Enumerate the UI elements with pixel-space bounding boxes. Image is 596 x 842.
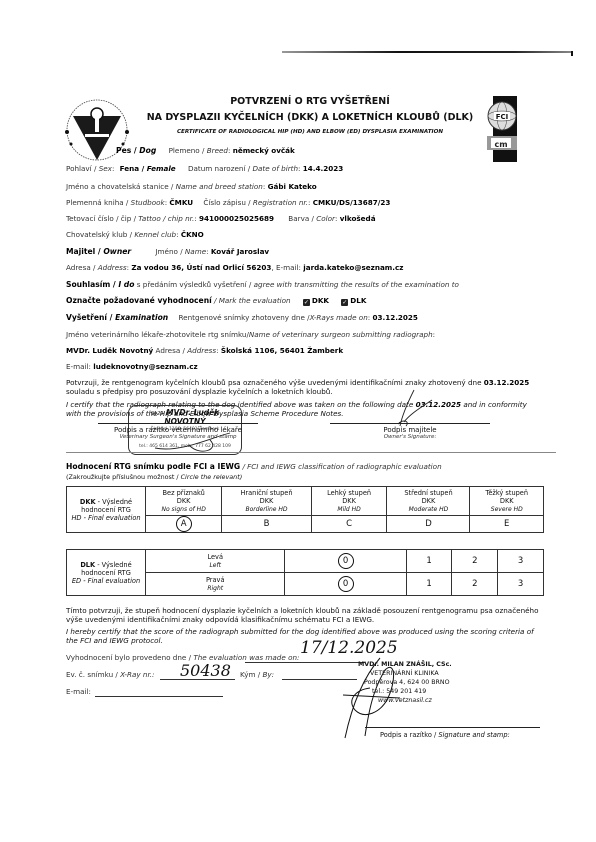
- dog-name-value: Gábi Kateko: [268, 182, 317, 191]
- dlk-row-label: DLK - Výsledné hodnocení RTGED - Final e…: [67, 550, 146, 596]
- owner-address-value: Za vodou 36, Ústí nad Orlicí 56203: [131, 263, 271, 272]
- name-label-en: Name and breed station: [176, 182, 263, 191]
- owner-email-value: jarda.kateko@seznam.cz: [303, 263, 403, 272]
- club-label-en: Kennel club: [134, 230, 176, 239]
- studbook-label-en: Studbook: [131, 198, 165, 207]
- dog-label: Pes /: [116, 146, 139, 155]
- dkk-col-header: Bez příznakůDKKNo signs of HD: [146, 487, 222, 516]
- owner-name-value: Kovář Jaroslav: [211, 247, 269, 256]
- dkk-col-header: Hraniční stupeňDKKBorderline HD: [222, 487, 311, 516]
- club-row: Chovatelský klub / Kennel club: ČKNO: [66, 230, 204, 239]
- consent-text: s předáním výsledků vyšetření /: [134, 280, 253, 289]
- sex-value: Fena /: [120, 164, 147, 173]
- owner-row: Majitel / Owner Jméno / Name: Kovář Jaro…: [66, 247, 269, 256]
- xray-nr-row: Ev. č. snímku / X-Ray nr.:: [66, 670, 154, 679]
- vet-name-value: MVDr. Luděk Novotný: [66, 346, 153, 355]
- dkk-row-label: DKK - Výsledné hodnocení RTGHD - Final e…: [67, 487, 146, 533]
- by-row: Kým / By:: [240, 670, 274, 679]
- dlk-checkbox-label: DLK: [350, 296, 366, 305]
- dlk-grade-option[interactable]: 1: [406, 550, 452, 573]
- title-line-3: CERTIFICATE OF RADIOLOGICAL HIP (HD) AND…: [110, 129, 510, 135]
- dlk-grade-option[interactable]: 2: [452, 573, 498, 596]
- chip-value: 941000025025689: [199, 214, 274, 223]
- owner-signature-caption: Podpis majitele Owner's Signature:: [330, 426, 490, 440]
- dkk-grade-option[interactable]: D: [387, 516, 470, 533]
- chip-label: Tetovací číslo / čip /: [66, 214, 138, 223]
- chip-color-row: Tetovací číslo / čip / Tattoo / chip nr.…: [66, 214, 376, 223]
- dkk-grade-option[interactable]: B: [222, 516, 311, 533]
- consent-row: Souhlasím / I do s předáním výsledků vyš…: [66, 280, 459, 289]
- vet-row: MVDr. Luděk Novotný Adresa / Address: Šk…: [66, 346, 343, 355]
- vet-label-row: Jméno veterinárního lékaře-zhotovitele r…: [66, 330, 435, 339]
- owner-address-label-en: Address: [98, 263, 127, 272]
- examination-label-en: Examination: [115, 313, 168, 322]
- vet-address-value: Školská 1106, 56401 Žamberk: [221, 346, 343, 355]
- dkk-checkbox[interactable]: ✓: [303, 299, 310, 306]
- xray-nr-handwritten: 50438: [180, 661, 231, 680]
- vet-label-en: Name of veterinary surgeon submitting ra…: [249, 330, 433, 339]
- mark-evaluation-label-en: / Mark the evaluation: [212, 296, 291, 305]
- title-line-1: POTVRZENÍ O RTG VYŠETŘENÍ: [160, 96, 460, 107]
- club-label: Chovatelský klub /: [66, 230, 134, 239]
- dlk-table: DLK - Výsledné hodnocení RTGED - Final e…: [66, 549, 544, 596]
- evaluation-subheading: (Zakroužkujte příslušnou možnost / Circl…: [66, 473, 242, 481]
- consent-text-en: agree with transmitting the results of t…: [254, 280, 459, 289]
- title-line-2: NA DYSPLAZII KYČELNÍCH (DKK) A LOKETNÍCH…: [120, 112, 500, 123]
- dkk-grade-option[interactable]: C: [311, 516, 387, 533]
- vet-email-value: ludeknovotny@seznam.cz: [93, 362, 197, 371]
- cert-cz-date: 03.12.2025: [484, 378, 529, 387]
- color-label: Barva /: [288, 214, 316, 223]
- dog-label-en: Dog: [139, 146, 156, 155]
- dkk-checkbox-label: DKK: [312, 296, 329, 305]
- dog-breed-row: Pes / Dog Plemeno / Breed: německý ovčák: [116, 146, 295, 155]
- dkk-col-header: Těžký stupeňDKKSevere HD: [470, 487, 544, 516]
- evaluator-signature-line: [365, 727, 540, 728]
- dlk-grade-option[interactable]: 1: [406, 573, 452, 596]
- dlk-checkbox[interactable]: ✓: [341, 299, 348, 306]
- mark-evaluation-row: Označte požadované vyhodnocení / Mark th…: [66, 296, 366, 306]
- dob-label-en: Date of birth: [252, 164, 298, 173]
- owner-address-label: Adresa /: [66, 263, 98, 272]
- vet-email-row: E-mail: ludeknovotny@seznam.cz: [66, 362, 198, 371]
- dlk-grade-option[interactable]: 3: [498, 550, 544, 573]
- xray-date-value: 03.12.2025: [372, 313, 417, 322]
- registration-value: CMKU/DS/13687/23: [313, 198, 391, 207]
- vet-address-label: Adresa /: [153, 346, 187, 355]
- dlk-grade-option[interactable]: 0: [285, 573, 406, 596]
- owner-label: Majitel /: [66, 247, 103, 256]
- sex-dob-row: Pohlaví / Sex: Fena / Female Datum naroz…: [66, 164, 343, 173]
- breed-label-en: Breed: [207, 146, 228, 155]
- examination-row: Vyšetření / Examination Rentgenové snímk…: [66, 313, 418, 322]
- registration-label: Číslo zápisu /: [203, 198, 252, 207]
- studbook-row: Plemenná kniha / Studbook: ČMKU Číslo zá…: [66, 198, 390, 207]
- sex-value-en: Female: [147, 164, 176, 173]
- color-value: vlkošedá: [340, 214, 376, 223]
- dlk-side-label: PraváRight: [146, 573, 285, 596]
- dkk-col-header: Lehký stupeňDKKMild HD: [311, 487, 387, 516]
- owner-signature-scribble: [370, 388, 450, 428]
- color-label-en: Color: [316, 214, 335, 223]
- owner-address-row: Adresa / Address: Za vodou 36, Ústí nad …: [66, 263, 403, 272]
- name-label: Jméno a chovatelská stanice /: [66, 182, 176, 191]
- dkk-table: DKK - Výsledné hodnocení RTGHD - Final e…: [66, 486, 544, 533]
- breed-value: německý ovčák: [233, 146, 295, 155]
- xray-date-label-en: X-Rays made on: [310, 313, 368, 322]
- dkk-grade-option[interactable]: A: [146, 516, 222, 533]
- dkk-grade-option[interactable]: E: [470, 516, 544, 533]
- sex-label: Pohlaví /: [66, 164, 99, 173]
- svg-text:cm: cm: [494, 140, 507, 149]
- mark-evaluation-label: Označte požadované vyhodnocení: [66, 296, 212, 305]
- final-cz: Tímto potvrzuji, že stupeň hodnocení dys…: [66, 606, 546, 624]
- chip-label-en: Tattoo / chip nr.: [138, 214, 194, 223]
- final-email-field-line: [95, 696, 223, 697]
- owner-name-label: Jméno /: [155, 247, 185, 256]
- registration-label-en: Registration nr.: [253, 198, 308, 207]
- top-border-line: [282, 51, 572, 53]
- dlk-grade-option[interactable]: 0: [285, 550, 406, 573]
- xray-date-label: Rentgenové snímky zhotoveny dne /: [179, 313, 310, 322]
- section-divider: [66, 452, 556, 453]
- sex-label-en: Sex: [99, 164, 112, 173]
- vet-label: Jméno veterinárního lékaře-zhotovitele r…: [66, 330, 249, 339]
- vet-email-label: E-mail:: [66, 362, 93, 371]
- consent-label: Souhlasím /: [66, 280, 118, 289]
- owner-email-label: E-mail:: [276, 263, 303, 272]
- consent-label-en: I do: [118, 280, 134, 289]
- dlk-side-label: LeváLeft: [146, 550, 285, 573]
- evaluator-signature-caption: Podpis a razítko / Signature and stamp:: [380, 731, 510, 739]
- name-row: Jméno a chovatelská stanice / Name and b…: [66, 182, 317, 191]
- examination-label: Vyšetření /: [66, 313, 115, 322]
- breed-label: Plemeno /: [169, 146, 207, 155]
- studbook-value: ČMKU: [169, 198, 193, 207]
- certification-cz: Potvrzuji, že rentgenogram kyčelních klo…: [66, 378, 536, 396]
- dlk-grade-option[interactable]: 2: [452, 550, 498, 573]
- dob-value: 14.4.2023: [303, 164, 343, 173]
- vet-address-label-en: Address: [187, 346, 216, 355]
- dob-label: Datum narození /: [188, 164, 253, 173]
- owner-label-en: Owner: [103, 247, 131, 256]
- owner-name-label-en: Name: [185, 247, 206, 256]
- studbook-label: Plemenná kniha /: [66, 198, 131, 207]
- club-value: ČKNO: [181, 230, 204, 239]
- evaluation-heading: Hodnocení RTG snímku podle FCI a IEWG / …: [66, 462, 442, 471]
- dlk-grade-option[interactable]: 3: [498, 573, 544, 596]
- dkk-col-header: Střední stupeňDKKModerate HD: [387, 487, 470, 516]
- final-email-row: E-mail:: [66, 687, 91, 696]
